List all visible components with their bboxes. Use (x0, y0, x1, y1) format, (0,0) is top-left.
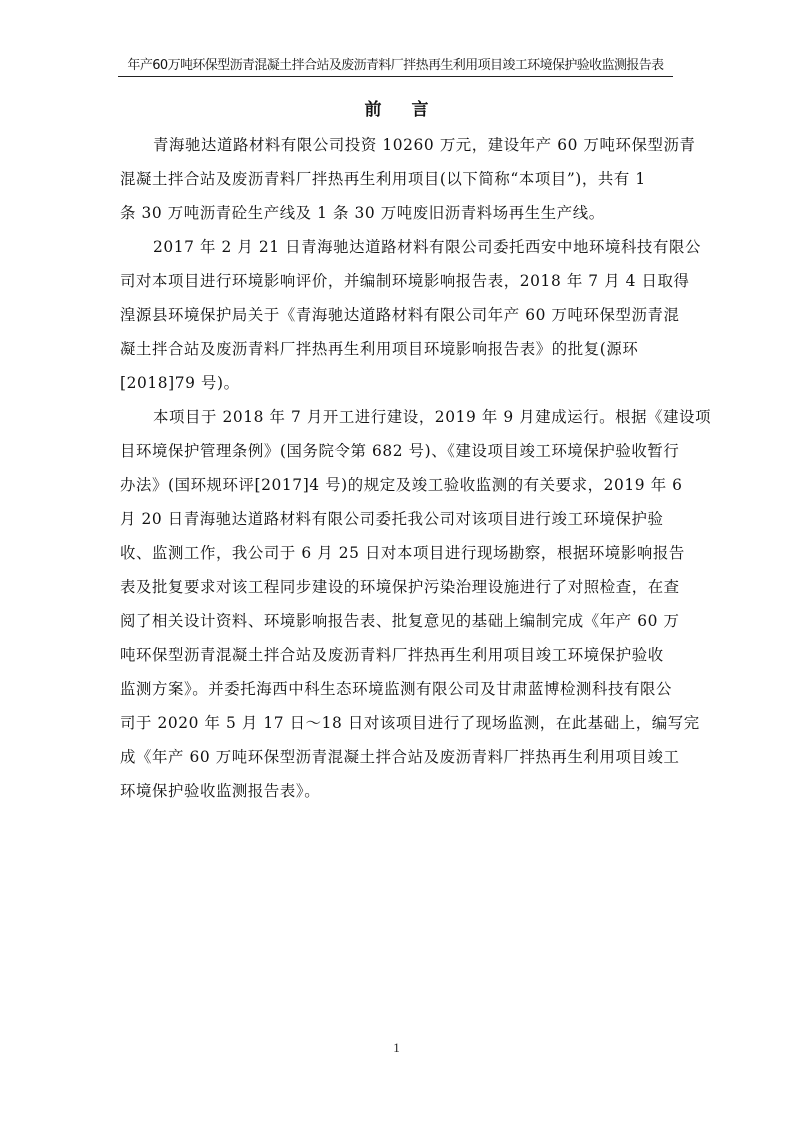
paragraph-line: 本项目于 2018 年 7 月开工进行建设，2019 年 9 月建成运行。根据《… (120, 400, 676, 434)
paragraph-line: 成《年产 60 万吨环保型沥青混凝土拌合站及废沥青料厂拌热再生利用项目竣工 (120, 740, 676, 774)
paragraph-line: 表及批复要求对该工程同步建设的环境保护污染治理设施进行了对照检查，在查 (120, 570, 676, 604)
paragraph-line: 湟源县环境保护局关于《青海驰达道路材料有限公司年产 60 万吨环保型沥青混 (120, 298, 676, 332)
paragraph-line: 凝土拌合站及废沥青料厂拌热再生利用项目环境影响报告表》的批复(源环 (120, 332, 676, 366)
document-body: 青海驰达道路材料有限公司投资 10260 万元，建设年产 60 万吨环保型沥青 … (120, 128, 676, 808)
paragraph-line: 青海驰达道路材料有限公司投资 10260 万元，建设年产 60 万吨环保型沥青 (120, 128, 676, 162)
paragraph-1: 青海驰达道路材料有限公司投资 10260 万元，建设年产 60 万吨环保型沥青 … (120, 128, 676, 230)
paragraph-line: 司于 2020 年 5 月 17 日～18 日对该项目进行了现场监测，在此基础上… (120, 706, 676, 740)
paragraph-line: 办法》(国环规环评[2017]4 号)的规定及竣工验收监测的有关要求，2019 … (120, 468, 676, 502)
paragraph-line: 收、监测工作，我公司于 6 月 25 日对本项目进行现场勘察，根据环境影响报告 (120, 536, 676, 570)
paragraph-line: 条 30 万吨沥青砼生产线及 1 条 30 万吨废旧沥青料场再生生产线。 (120, 196, 676, 230)
paragraph-line: [2018]79 号)。 (120, 366, 676, 400)
section-title-part2: 言 (412, 100, 429, 120)
paragraph-line: 混凝土拌合站及废沥青料厂拌热再生利用项目(以下简称“本项目”)，共有 1 (120, 162, 676, 196)
section-title: 前言 (0, 98, 793, 122)
paragraph-line: 司对本项目进行环境影响评价，并编制环境影响报告表，2018 年 7 月 4 日取… (120, 264, 676, 298)
paragraph-2: 2017 年 2 月 21 日青海驰达道路材料有限公司委托西安中地环境科技有限公… (120, 230, 676, 400)
paragraph-line: 目环境保护管理条例》(国务院令第 682 号)、《建设项目竣工环境保护验收暂行 (120, 434, 676, 468)
paragraph-line: 阅了相关设计资料、环境影响报告表、批复意见的基础上编制完成《年产 60 万 (120, 604, 676, 638)
paragraph-line: 2017 年 2 月 21 日青海驰达道路材料有限公司委托西安中地环境科技有限公 (120, 230, 676, 264)
paragraph-line: 监测方案》。并委托海西中科生态环境监测有限公司及甘肃蓝博检测科技有限公 (120, 672, 676, 706)
paragraph-line: 吨环保型沥青混凝土拌合站及废沥青料厂拌热再生利用项目竣工环境保护验收 (120, 638, 676, 672)
running-header: 年产60万吨环保型沥青混凝土拌合站及废沥青料厂拌热再生利用项目竣工环境保护验收监… (118, 56, 673, 77)
paragraph-line: 环境保护验收监测报告表》。 (120, 774, 676, 808)
section-title-part1: 前 (365, 100, 382, 120)
page-number: 1 (0, 1040, 793, 1056)
paragraph-line: 月 20 日青海驰达道路材料有限公司委托我公司对该项目进行竣工环境保护验 (120, 502, 676, 536)
paragraph-3: 本项目于 2018 年 7 月开工进行建设，2019 年 9 月建成运行。根据《… (120, 400, 676, 808)
